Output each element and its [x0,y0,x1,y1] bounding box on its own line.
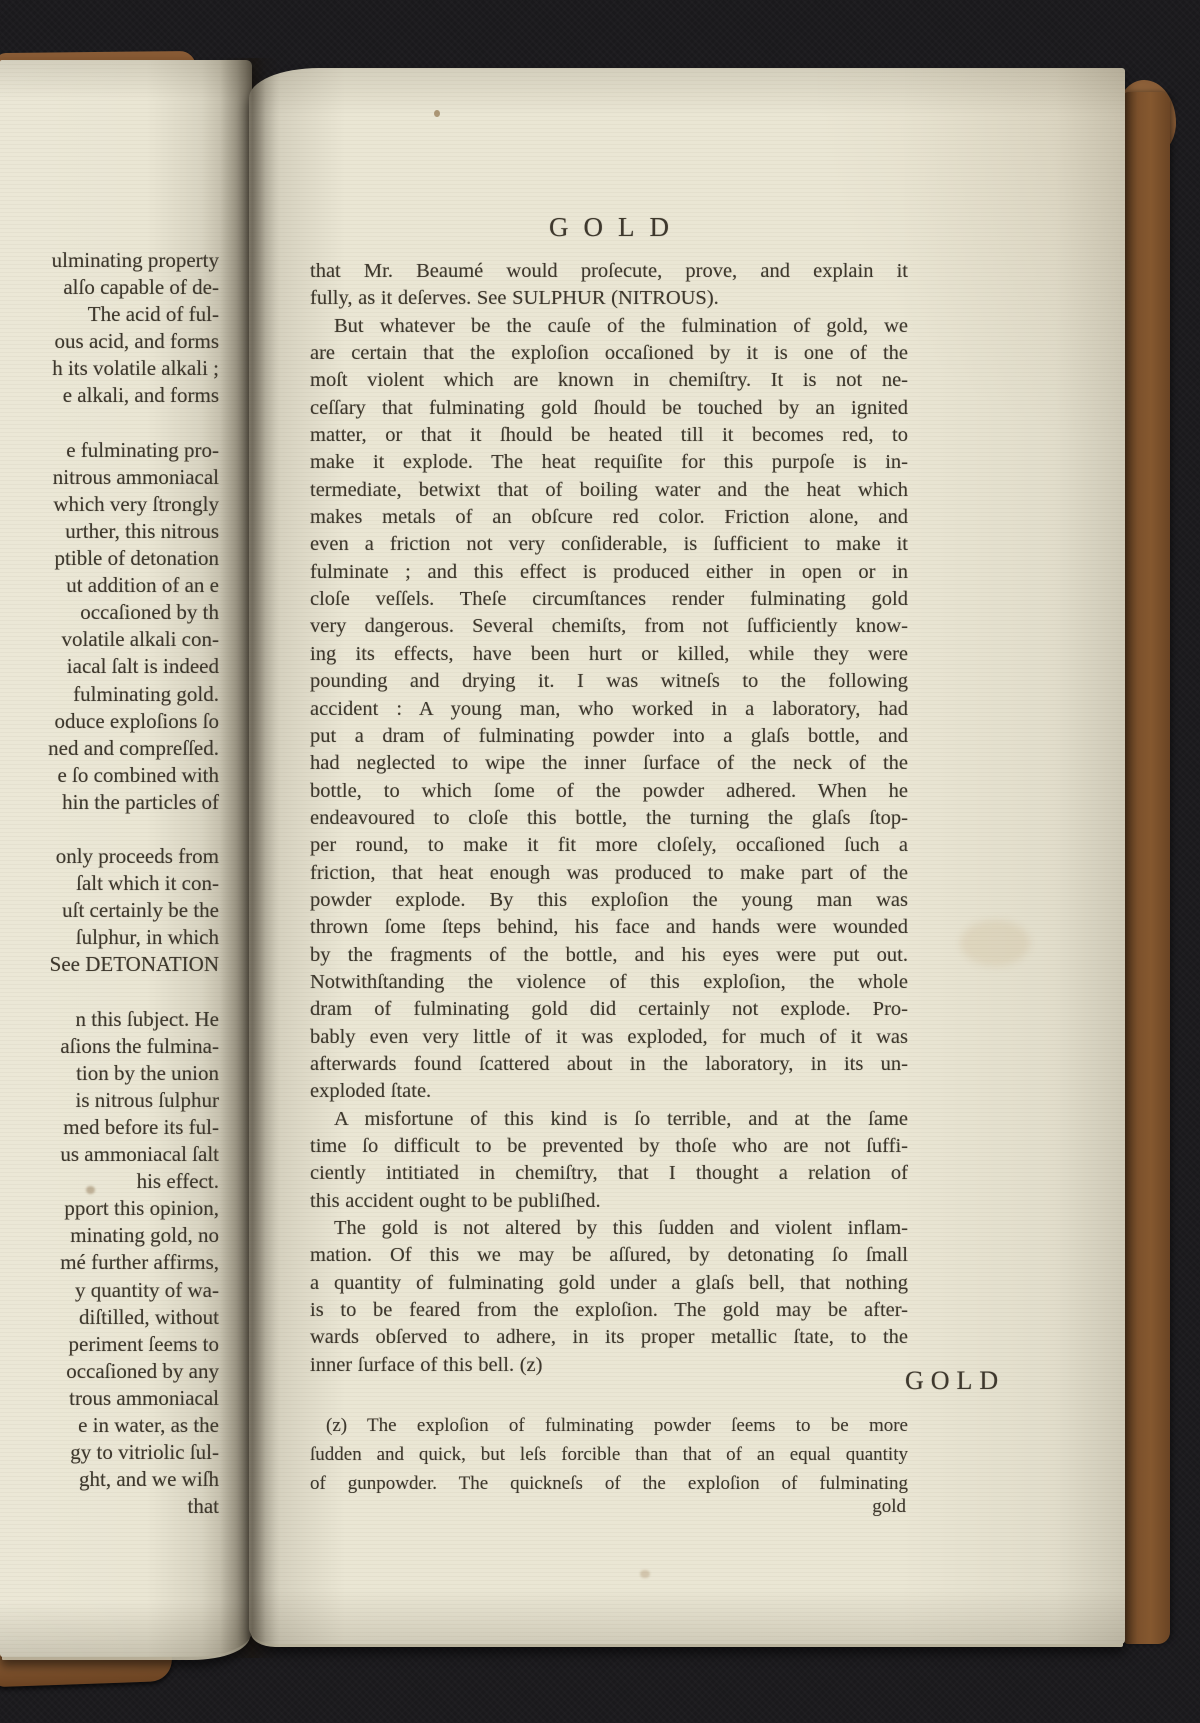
text-line: powder explode. By this exploſion the yo… [310,887,908,914]
text-line: diſtilled, without [0,1304,219,1331]
text-line: mé further affirms, [0,1249,219,1276]
footnote-catchword: gold [310,1496,906,1518]
text-line: makes metals of an obſcure red color. Fr… [310,504,908,531]
text-line: ght, and we wiſh [0,1466,219,1493]
text-line: that [0,1493,219,1520]
text-line: accident : A young man, who worked in a … [310,696,908,723]
text-line: a quantity of fulminating gold under a g… [310,1270,908,1297]
text-line: ciently intitiated in chemiſtry, that I … [310,1160,908,1187]
text-line: mation. Of this we may be aſſured, by de… [310,1242,908,1269]
text-line: of gunpowder. The quickneſs of the explo… [310,1470,908,1499]
text-line: make it explode. The heat requiſite for … [310,449,908,476]
book-photograph: ulminating propertyalſo capable of de-Th… [0,0,1200,1723]
text-line: bottle, to which ſome of the powder adhe… [310,778,908,805]
text-line: ing its effects, have been hurt or kille… [310,641,908,668]
text-line: e ſo combined with [0,762,219,789]
text-line: e fulminating pro- [0,437,219,464]
text-line: ſalt which it con- [0,870,219,897]
text-line: e in water, as the [0,1412,219,1439]
footnote-text: (z) The exploſion of fulminating powder … [310,1412,908,1498]
text-line: is nitrous ſulphur [0,1087,219,1114]
right-page-text-column: that Mr. Beaumé would proſecute, prove, … [310,258,908,1379]
text-line: had neglected to wipe the inner ſurface … [310,750,908,777]
text-line: gy to vitriolic ſul- [0,1439,219,1466]
text-line: fulminating gold. [0,681,219,708]
text-line: even a friction not very conſiderable, i… [310,531,908,558]
text-line: ned and compreſſed. [0,735,219,762]
text-line: afterwards found ſcattered about in the … [310,1051,908,1078]
text-line: endeavoured to cloſe this bottle, the tu… [310,805,908,832]
text-line: The gold is not altered by this ſudden a… [310,1215,908,1242]
text-line: termediate, betwixt that of boiling wate… [310,477,908,504]
text-line: urther, this nitrous [0,518,219,545]
text-line: by the fragments of the bottle, and his … [310,942,908,969]
text-line: pounding and drying it. I was witneſs to… [310,668,908,695]
text-line: oduce exploſions ſo [0,708,219,735]
text-line: ſudden and quick, but leſs forcible than… [310,1441,908,1470]
text-line: which very ſtrongly [0,491,219,518]
text-line: matter, or that it ſhould be heated till… [310,422,908,449]
text-line: trous ammoniacal [0,1385,219,1412]
text-line: ptible of detonation [0,545,219,572]
text-line: e alkali, and forms [0,382,219,409]
text-line: time ſo difficult to be prevented by tho… [310,1133,908,1160]
text-line: The acid of ful- [0,301,219,328]
text-line: is to be feared from the exploſion. The … [310,1297,908,1324]
text-line: occaſioned by any [0,1358,219,1385]
text-line: See DETONATION [0,951,219,978]
text-line: per round, to make it fit more cloſely, … [310,832,908,859]
text-line: put a dram of fulminating powder into a … [310,723,908,750]
text-line: exploded ſtate. [310,1078,908,1105]
text-line: this accident ought to be publiſhed. [310,1188,908,1215]
text-line: fully, as it deſerves. See SULPHUR (NITR… [310,285,908,312]
text-line: iacal ſalt is indeed [0,653,219,680]
text-line: ous acid, and forms [0,328,219,355]
text-line: A misfortune of this kind is ſo terrible… [310,1106,908,1133]
text-line: cloſe veſſels. Theſe circumſtances rende… [310,586,908,613]
text-line: moſt violent which are known in chemiſtr… [310,367,908,394]
text-line: alſo capable of de- [0,274,219,301]
text-line: fulminate ; and this effect is produced … [310,559,908,586]
text-line: us ammoniacal ſalt [0,1141,219,1168]
text-line: occaſioned by th [0,599,219,626]
text-line: are certain that the exploſion occaſione… [310,340,908,367]
running-title: GOLD [310,212,908,243]
text-line: h its volatile alkali ; [0,355,219,382]
text-line: friction, that heat enough was produced … [310,860,908,887]
text-line: inner ſurface of this bell. (z) [310,1352,908,1379]
text-line: only proceeds from [0,843,219,870]
text-line: ut addition of an e [0,572,219,599]
text-line: y quantity of wa- [0,1277,219,1304]
text-line: ſulphur, in which [0,924,219,951]
text-line: (z) The exploſion of fulminating powder … [310,1412,908,1441]
text-line: volatile alkali con- [0,626,219,653]
text-line: aſions the fulmina- [0,1033,219,1060]
text-line: periment ſeems to [0,1331,219,1358]
text-line: thrown ſome ſteps behind, his face and h… [310,914,908,941]
text-line: very dangerous. Several chemiſts, from n… [310,613,908,640]
text-line: his effect. [0,1168,219,1195]
text-line: that Mr. Beaumé would proſecute, prove, … [310,258,908,285]
text-line: med before its ful- [0,1114,219,1141]
text-line: ceſſary that fulminating gold ſhould be … [310,395,908,422]
text-line: But whatever be the cauſe of the fulmina… [310,313,908,340]
text-line: pport this opinion, [0,1195,219,1222]
text-line: bably even very little of it was explode… [310,1024,908,1051]
text-line: n this ſubject. He [0,1006,219,1033]
catchword-gold: GOLD [905,1366,1005,1396]
text-line: dram of fulminating gold did certainly n… [310,996,908,1023]
text-line: nitrous ammoniacal [0,464,219,491]
text-line: tion by the union [0,1060,219,1087]
text-line: Notwithſtanding the violence of this exp… [310,969,908,996]
text-line: uſt certainly be the [0,897,219,924]
left-page-text-column: ulminating propertyalſo capable of de-Th… [0,247,219,1520]
book-cover-fore-edge-right [1124,92,1170,1644]
text-line: minating gold, no [0,1222,219,1249]
text-line: hin the particles of [0,789,219,816]
text-line: ulminating property [0,247,219,274]
text-line: wards obſerved to adhere, in its proper … [310,1324,908,1351]
